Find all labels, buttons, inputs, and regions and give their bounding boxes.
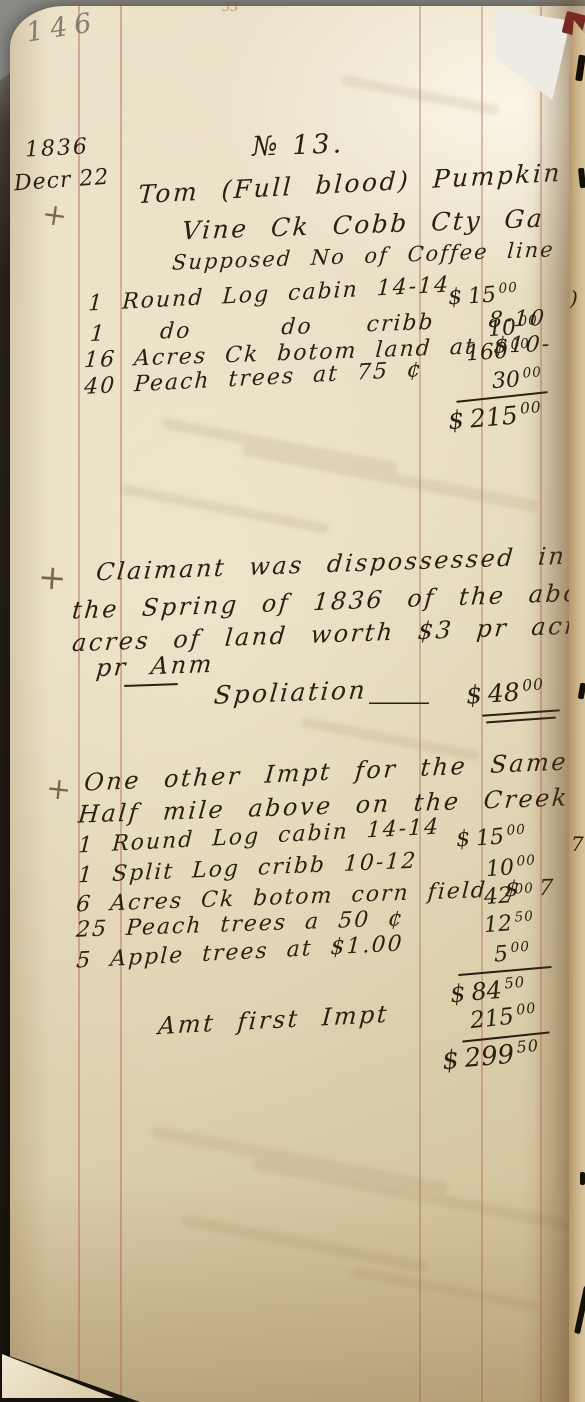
dollar-sign: $: [455, 827, 471, 853]
next-page-edge: ) 7: [569, 20, 585, 1402]
binding-stitch: [580, 1172, 585, 1185]
photo-background: 146 33 1836 Decr 22 + + + № 13. Tom (Ful…: [0, 0, 585, 1402]
margin-cross-mark-2: +: [37, 557, 68, 599]
dollar-sign: $: [449, 979, 467, 1008]
spoliation-label: Spoliation: [213, 677, 368, 707]
bleed-through: [152, 1125, 449, 1194]
imp2-item-amount: 1250: [483, 908, 535, 938]
next-page-text-fragment: 7: [571, 832, 584, 856]
dollar-sign: $: [447, 405, 465, 435]
margin-rule-2: [120, 6, 122, 1402]
imp2-item-amount: 4200: [483, 880, 535, 910]
margin-cross-mark-3: +: [44, 771, 73, 808]
margin-year: 1836: [24, 136, 89, 161]
dollar-sign: $: [441, 1045, 460, 1076]
imp1-item-amount: $1500: [447, 280, 519, 311]
bleed-through: [121, 484, 329, 534]
bleed-through: [161, 417, 399, 474]
margin-cross-mark-1: +: [40, 196, 70, 234]
top-edge-mark: 33: [222, 0, 239, 15]
claim-number: № 13.: [252, 130, 345, 160]
next-page-text-fragment: ): [570, 286, 578, 310]
imp1-item-amount: 16000: [465, 336, 531, 367]
binding-stitch: [578, 168, 585, 189]
margin-rule-1: [78, 6, 80, 1402]
bleed-through: [351, 1266, 539, 1312]
dollar-sign: $: [465, 680, 483, 710]
dollar-sign: $: [447, 285, 463, 311]
bleed-through: [181, 1214, 429, 1273]
imp2-item-amount: $1500: [455, 822, 527, 853]
imp2-item-amount: 500: [493, 939, 531, 968]
spoliation-dash: ———: [368, 692, 428, 714]
spoliation-line: pr Anm: [95, 652, 215, 680]
bleed-through: [242, 443, 539, 512]
